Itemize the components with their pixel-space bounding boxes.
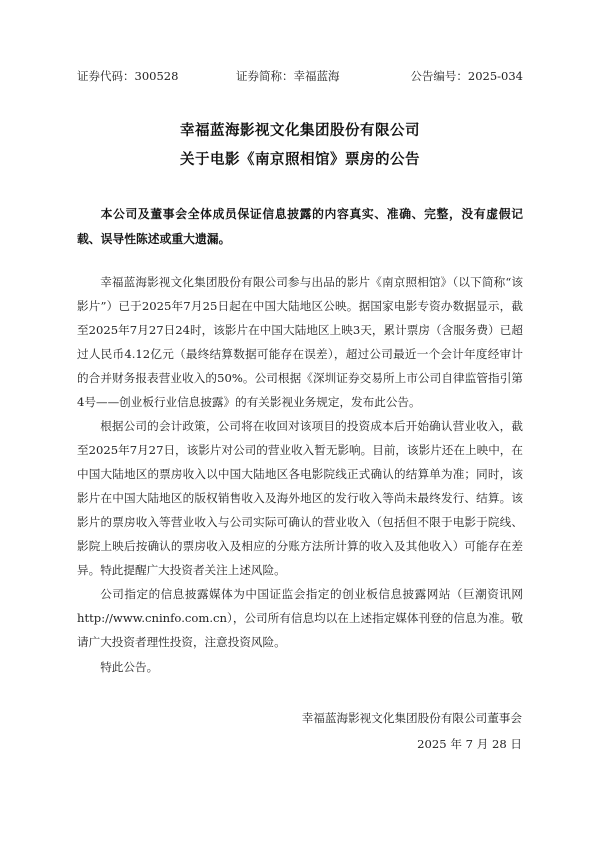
declaration-text: 本公司及董事会全体成员保证信息披露的内容真实、准确、完整，没有虚假记载、误导性陈…: [77, 202, 523, 252]
announcement-body: 幸福蓝海影视文化集团股份有限公司参与出品的影片《南京照相馆》（以下简称“该影片”…: [77, 270, 523, 654]
closing-statement: 特此公告。: [77, 655, 277, 679]
document-header: 证券代码：300528 证券简称：幸福蓝海 公告编号：2025-034: [77, 68, 523, 84]
paragraph-disclosure-media: 公司指定的信息披露媒体为中国证监会指定的创业板信息披露网站（巨潮资讯网http:…: [77, 582, 523, 654]
stock-abbreviation: 证券简称：幸福蓝海: [236, 68, 340, 84]
announcement-title: 关于电影《南京照相馆》票房的公告: [0, 150, 600, 170]
board-declaration: 本公司及董事会全体成员保证信息披露的内容真实、准确、完整，没有虚假记载、误导性陈…: [77, 202, 523, 252]
paragraph-accounting-policy: 根据公司的会计政策，公司将在收回对该项目的投资成本后开始确认营业收入，截至202…: [77, 414, 523, 582]
paragraph-box-office: 幸福蓝海影视文化集团股份有限公司参与出品的影片《南京照相馆》（以下简称“该影片”…: [77, 270, 523, 414]
signature-board: 幸福蓝海影视文化集团股份有限公司董事会: [302, 707, 522, 729]
announcement-number: 公告编号：2025-034: [410, 68, 523, 84]
stock-code: 证券代码：300528: [77, 68, 178, 84]
company-title: 幸福蓝海影视文化集团股份有限公司: [0, 121, 600, 141]
signature-date: 2025 年 7 月 28 日: [417, 733, 522, 755]
